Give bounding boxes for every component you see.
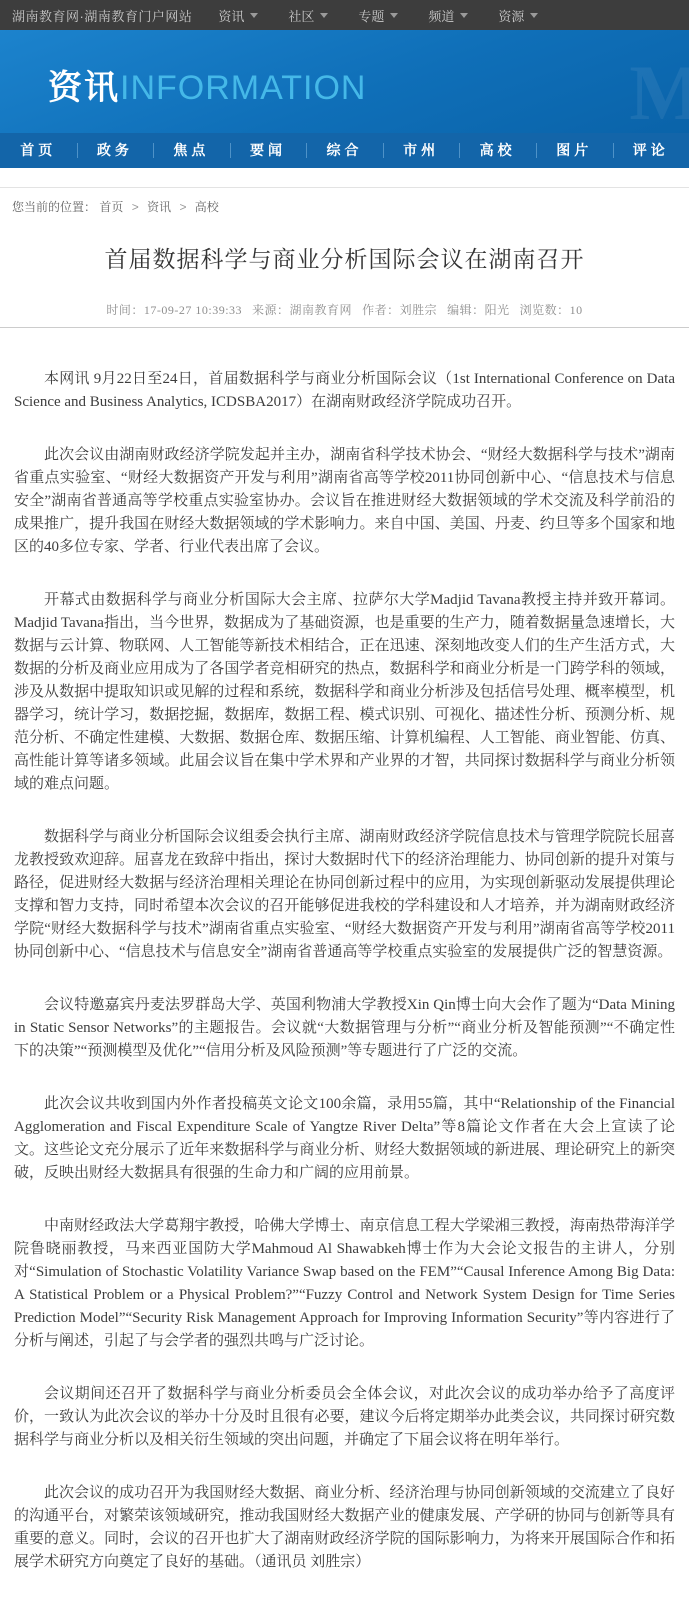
article-paragraph: 此次会议由湖南财政经济学院发起并主办，湖南省科学技术协会、“财经大数据科学与技术… bbox=[14, 444, 675, 559]
topbar-menu-pindao[interactable]: 频道 bbox=[428, 6, 468, 25]
topbar-menu-label: 频道 bbox=[428, 6, 454, 25]
chevron-down-icon bbox=[250, 13, 258, 18]
article-paragraph: 此次会议的成功召开为我国财经大数据、商业分析、经济治理与协同创新领域的交流建立了… bbox=[14, 1482, 675, 1574]
article-meta: 时间：17-09-27 10:39:33 来源：湖南教育网 作者：刘胜宗 编辑：… bbox=[0, 301, 689, 318]
meta-time: 时间：17-09-27 10:39:33 bbox=[106, 301, 242, 318]
article-paragraph: 会议期间还召开了数据科学与商业分析委员会全体会议，对此次会议的成功举办给予了高度… bbox=[14, 1383, 675, 1452]
nav-item-shouye[interactable]: 首页 bbox=[0, 133, 77, 168]
article: 首届数据科学与商业分析国际会议在湖南召开 时间：17-09-27 10:39:3… bbox=[0, 241, 689, 1604]
article-paragraph: 中南财经政法大学葛翔宇教授，哈佛大学博士、南京信息工程大学梁湘三教授，海南热带海… bbox=[14, 1215, 675, 1353]
topbar-menu-zhuanti[interactable]: 专题 bbox=[358, 6, 398, 25]
meta-editor: 编辑：阳光 bbox=[447, 301, 510, 318]
breadcrumb-link-home[interactable]: 首页 bbox=[99, 200, 123, 214]
chevron-down-icon bbox=[530, 13, 538, 18]
article-paragraph: 会议特邀嘉宾丹麦法罗群岛大学、英国利物浦大学教授Xin Qin博士向大会作了题为… bbox=[14, 994, 675, 1063]
meta-author: 作者：刘胜宗 bbox=[362, 301, 437, 318]
section-banner: 资讯INFORMATION M bbox=[0, 30, 689, 133]
article-paragraph: 开幕式由数据科学与商业分析国际大会主席、拉萨尔大学Madjid Tavana教授… bbox=[14, 589, 675, 796]
topbar-menu-label: 资讯 bbox=[218, 6, 244, 25]
nav-item-jiaodian[interactable]: 焦点 bbox=[153, 133, 230, 168]
meta-source: 来源：湖南教育网 bbox=[252, 301, 352, 318]
main-nav: 首页 政务 焦点 要闻 综合 市州 高校 图片 评论 bbox=[0, 133, 689, 168]
nav-item-zonghe[interactable]: 综合 bbox=[306, 133, 383, 168]
banner-title-en: INFORMATION bbox=[120, 69, 366, 107]
topbar-menu-label: 资源 bbox=[498, 6, 524, 25]
topbar-menu-ziyuan[interactable]: 资源 bbox=[498, 6, 538, 25]
nav-item-tupian[interactable]: 图片 bbox=[536, 133, 613, 168]
banner-title-cn: 资讯 bbox=[48, 69, 120, 107]
topbar: 湖南教育网·湖南教育门户网站 资讯 社区 专题 频道 资源 bbox=[0, 0, 689, 30]
nav-item-pinglun[interactable]: 评论 bbox=[613, 133, 689, 168]
nav-item-gaoxiao[interactable]: 高校 bbox=[459, 133, 536, 168]
article-paragraph: 此次会议共收到国内外作者投稿英文论文100余篇，录用55篇，其中“Relatio… bbox=[14, 1093, 675, 1185]
page-title: 首届数据科学与商业分析国际会议在湖南召开 bbox=[0, 241, 689, 274]
chevron-down-icon bbox=[320, 13, 328, 18]
nav-item-yaowen[interactable]: 要闻 bbox=[230, 133, 307, 168]
breadcrumb-prefix: 您当前的位置： bbox=[12, 200, 96, 214]
breadcrumb: 您当前的位置： 首页 > 资讯 > 高校 bbox=[0, 187, 689, 215]
nav-item-shizhou[interactable]: 市州 bbox=[383, 133, 460, 168]
topbar-menu-zixun[interactable]: 资讯 bbox=[218, 6, 258, 25]
article-body: 本网讯 9月22日至24日，首届数据科学与商业分析国际会议（1st Intern… bbox=[0, 328, 689, 1604]
topbar-menu-label: 社区 bbox=[288, 6, 314, 25]
breadcrumb-link-gaoxiao[interactable]: 高校 bbox=[195, 200, 219, 214]
topbar-menu-shequ[interactable]: 社区 bbox=[288, 6, 328, 25]
breadcrumb-separator: > bbox=[132, 200, 139, 214]
chevron-down-icon bbox=[390, 13, 398, 18]
chevron-down-icon bbox=[460, 13, 468, 18]
meta-views: 浏览数：10 bbox=[520, 301, 583, 318]
article-paragraph: 本网讯 9月22日至24日，首届数据科学与商业分析国际会议（1st Intern… bbox=[14, 368, 675, 414]
topbar-menu-label: 专题 bbox=[358, 6, 384, 25]
banner-watermark: M bbox=[629, 48, 689, 133]
breadcrumb-separator: > bbox=[179, 200, 186, 214]
breadcrumb-link-zixun[interactable]: 资讯 bbox=[147, 200, 171, 214]
article-paragraph: 数据科学与商业分析国际会议组委会执行主席、湖南财政经济学院信息技术与管理学院院长… bbox=[14, 826, 675, 964]
nav-item-zhengwu[interactable]: 政务 bbox=[77, 133, 154, 168]
site-title: 湖南教育网·湖南教育门户网站 bbox=[12, 6, 192, 25]
